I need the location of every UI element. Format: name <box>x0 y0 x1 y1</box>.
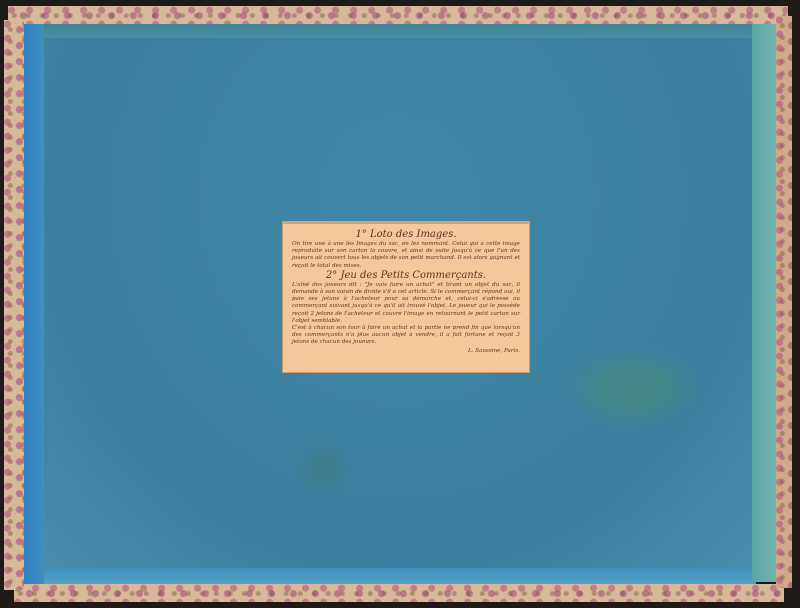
inner-wall-right <box>752 22 778 582</box>
heading-loto: 1° Loto des Images. <box>292 229 520 241</box>
floral-rim-bottom <box>14 584 784 602</box>
text-end: C'est à chacun son tour à faire un achat… <box>292 325 520 347</box>
game-box-lid: 1° Loto des Images. On tire une à une le… <box>0 0 800 608</box>
label-top-edge <box>282 221 530 224</box>
rules-label: 1° Loto des Images. On tire une à une le… <box>282 221 530 373</box>
floral-rim-top <box>8 6 788 24</box>
heading-commercants: 2° Jeu des Petits Commerçants. <box>292 270 520 282</box>
maker-signature: L. Saussine, Paris. <box>292 348 520 354</box>
floral-rim-left <box>4 20 24 590</box>
text-loto: On tire une à une les Images du sac, en … <box>292 241 520 270</box>
floral-rim-right <box>776 16 792 588</box>
inner-wall-left <box>22 22 44 584</box>
text-commercants: L'aîné des joueurs dit : "Je vais faire … <box>292 282 520 325</box>
inner-wall-bottom <box>40 568 756 584</box>
